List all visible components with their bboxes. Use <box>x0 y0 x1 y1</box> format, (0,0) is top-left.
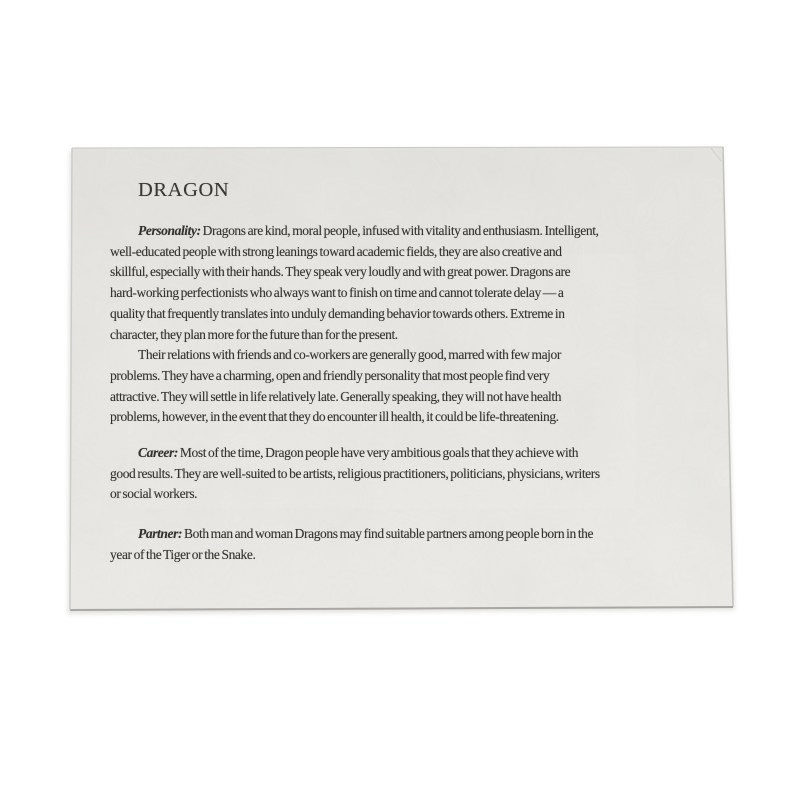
text-line: good results. They are well-suited to be… <box>110 464 710 485</box>
text-line: Personality: Dragons are kind, moral peo… <box>110 221 710 242</box>
section-label-career: Career: <box>138 445 178 460</box>
text-line: problems. They have a charming, open and… <box>110 366 710 387</box>
text-line: problems, however, in the event that the… <box>110 407 710 428</box>
text-line: or social workers. <box>110 484 710 505</box>
card-content: DRAGON Personality: Dragons are kind, mo… <box>70 147 733 610</box>
text-line: Career: Most of the time, Dragon people … <box>110 443 710 464</box>
text-line: Partner: Both man and woman Dragons may … <box>110 524 710 545</box>
card-body-text: Personality: Dragons are kind, moral peo… <box>110 221 710 566</box>
line-text: Both man and woman Dragons may find suit… <box>182 526 593 541</box>
text-line: Their relations with friends and co-work… <box>110 345 710 366</box>
line-text: Dragons are kind, moral people, infused … <box>201 223 599 238</box>
text-line: year of the Tiger or the Snake. <box>110 545 710 566</box>
text-line: quality that frequently translates into … <box>110 304 710 325</box>
text-line: attractive. They will settle in life rel… <box>110 387 710 408</box>
section-label-partner: Partner: <box>138 526 182 541</box>
text-line: hard-working perfectionists who always w… <box>110 283 710 304</box>
text-line: well-educated people with strong leaning… <box>110 242 710 263</box>
section-label-personality: Personality: <box>138 223 201 238</box>
card-title: DRAGON <box>138 180 229 201</box>
text-line: character, they plan more for the future… <box>110 325 710 346</box>
photo-of-zodiac-card: DRAGON Personality: Dragons are kind, mo… <box>0 0 800 800</box>
line-text: Most of the time, Dragon people have ver… <box>178 445 578 460</box>
text-line: skillful, especially with their hands. T… <box>110 262 710 283</box>
